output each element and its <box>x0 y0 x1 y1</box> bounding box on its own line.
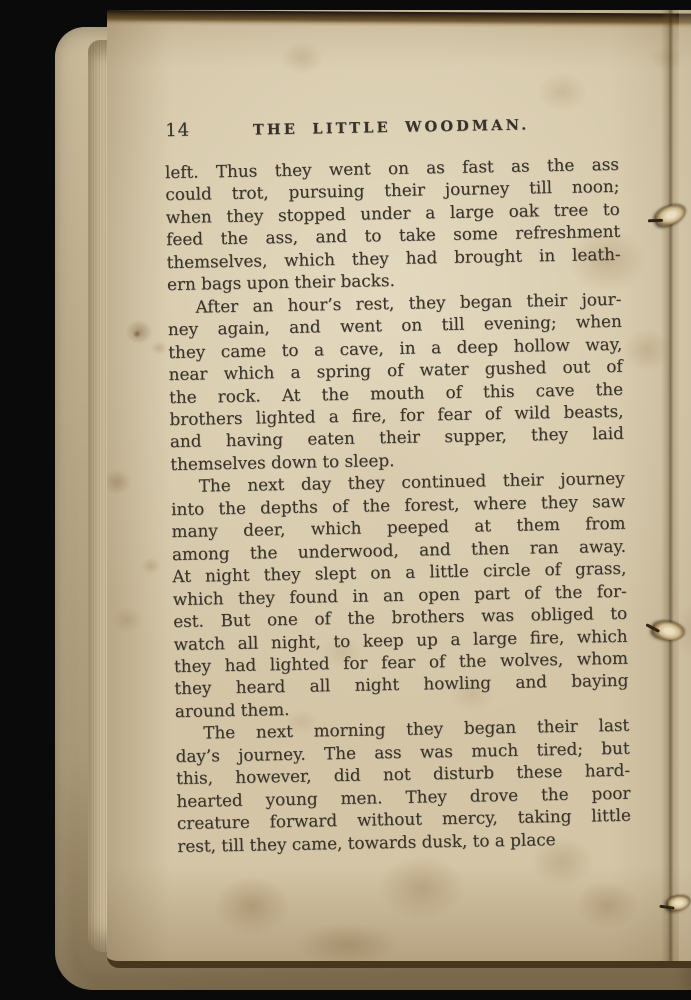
paragraph: The next morning they began their lastda… <box>175 714 631 857</box>
facing-page-sliver <box>679 10 691 961</box>
gutter-crease <box>661 10 679 961</box>
book-page: 14 THE LITTLE WOODMAN. left. Thus they w… <box>107 10 691 968</box>
page-content: 14 THE LITTLE WOODMAN. left. Thus they w… <box>164 112 631 857</box>
paragraph: left. Thus they went on as fast as the a… <box>165 153 621 296</box>
paragraph: After an hour’s rest, they began their j… <box>167 288 624 476</box>
running-title: THE LITTLE WOODMAN. <box>164 115 618 140</box>
paragraph: The next day they continued their journe… <box>171 467 629 722</box>
book-photo: 14 THE LITTLE WOODMAN. left. Thus they w… <box>0 0 691 1000</box>
paragraph-list: left. Thus they went on as fast as the a… <box>165 153 632 857</box>
